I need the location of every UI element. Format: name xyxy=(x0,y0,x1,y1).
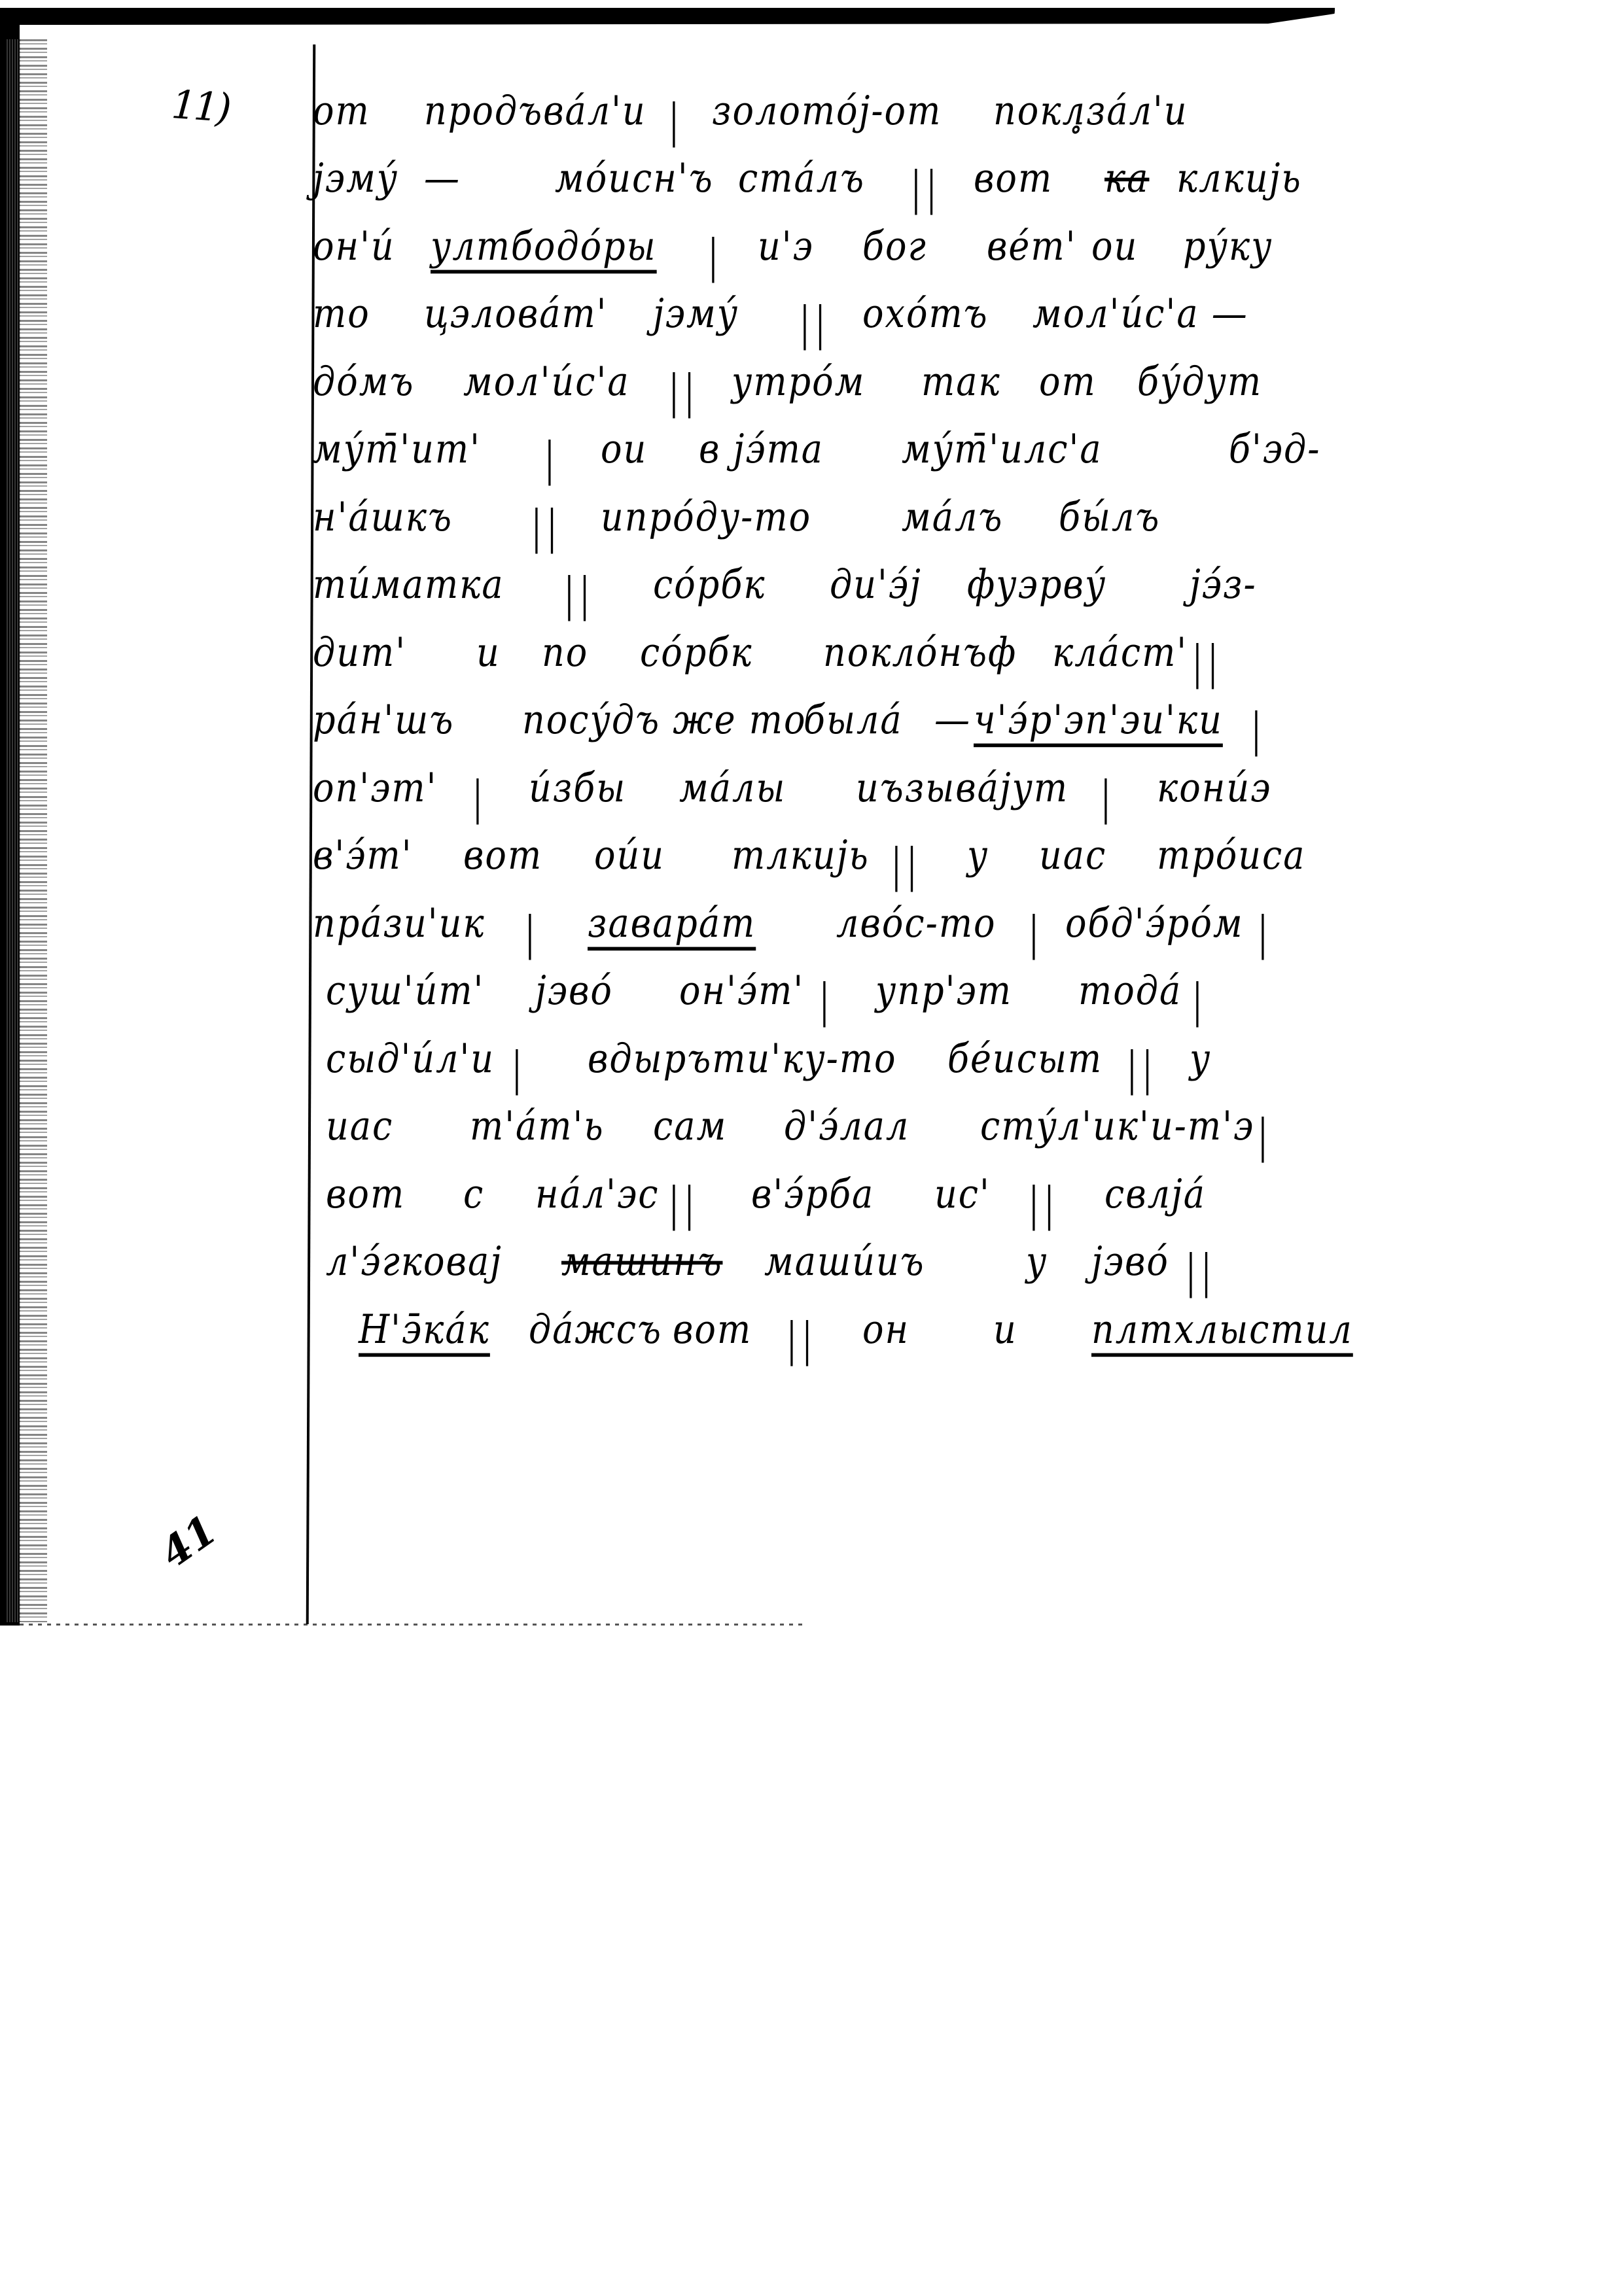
word: му́т̄'илс'а xyxy=(902,430,1103,469)
word: была́ xyxy=(803,701,903,740)
pause-bar-mark: || xyxy=(666,1181,697,1227)
pause-bar-mark: | xyxy=(1098,775,1114,821)
binding-noise-texture xyxy=(20,39,47,1622)
struck-word: машинъ xyxy=(561,1242,722,1281)
text-line: jэму́—мо́исн'ъста́лъ||воткаклкиjь xyxy=(313,140,1333,208)
word: от xyxy=(1039,362,1097,401)
folio-mark: 41 xyxy=(152,1506,226,1577)
word: маши́иъ xyxy=(764,1242,925,1281)
pause-bar-mark: || xyxy=(529,504,559,550)
pause-bar-mark: | xyxy=(509,1046,525,1092)
text-line: л'э́гковаjмашинъмаши́иъуjэво́|| xyxy=(313,1223,1333,1291)
word: тода́ xyxy=(1078,971,1182,1011)
word: у xyxy=(967,836,989,875)
pause-bar-mark: || xyxy=(797,301,828,347)
word: сту́л'ик'и-т'э xyxy=(980,1107,1254,1146)
word: с xyxy=(463,1174,484,1213)
word: — xyxy=(934,701,971,740)
word: ма́лъ xyxy=(902,497,1003,536)
underlined-word: ч'э́р'эп'эи'ки xyxy=(974,701,1223,740)
word: б'эд- xyxy=(1229,430,1321,469)
word: у xyxy=(1026,1242,1048,1281)
word: он xyxy=(862,1310,909,1349)
pause-bar-mark: | xyxy=(522,911,538,956)
word: ои xyxy=(601,430,647,469)
word: и'э xyxy=(758,226,814,266)
word: на́л'эс xyxy=(535,1174,659,1213)
word: му́т̄'ит' xyxy=(313,430,481,469)
word: н'а́шкъ xyxy=(313,497,453,536)
word: д'э́лал xyxy=(784,1107,909,1146)
word: ои xyxy=(1091,226,1138,266)
underlined-word: ултбодо́ры xyxy=(431,226,657,266)
word: иъзыва́jут xyxy=(856,768,1068,807)
word: по xyxy=(542,633,588,672)
page-number: 11) xyxy=(170,82,230,131)
page-bottom-edge xyxy=(20,1624,805,1626)
word: утро́м xyxy=(732,362,865,401)
pause-bar-mark: || xyxy=(1190,640,1220,686)
word: вот xyxy=(463,836,542,875)
pause-bar-mark: | xyxy=(1255,911,1271,956)
pause-bar-mark: || xyxy=(1183,1249,1214,1295)
word: в jэ́та xyxy=(699,430,824,469)
word: в'э́т' xyxy=(313,836,413,875)
word: вот xyxy=(673,1310,752,1349)
word: дит' xyxy=(313,633,406,672)
word: и́збы xyxy=(529,768,626,807)
word: вот xyxy=(974,159,1053,198)
word: до́мъ xyxy=(313,362,415,401)
text-line: му́т̄'ит'|оив jэ́таму́т̄'илс'аб'эд- xyxy=(313,411,1333,479)
word: со́рбк xyxy=(653,565,766,604)
word: т'а́т'ь xyxy=(470,1107,605,1146)
pause-bar-mark: | xyxy=(542,436,557,482)
word: покл̥за́л'и xyxy=(993,91,1188,130)
word: бе́исыт xyxy=(947,1039,1103,1078)
text-line: пра́зи'ик|завара́тлво́с-то|обд'э́ро́м| xyxy=(313,884,1333,952)
text-line: ти́матка||со́рбкди'э́jфуэрву́jэ́з- xyxy=(313,546,1333,614)
pause-bar-mark: || xyxy=(666,369,697,415)
text-line: тоцэлова́т'jэму́||охо́тъмол'и́с'а — xyxy=(313,275,1333,343)
word: лво́с-то xyxy=(836,903,997,943)
word: ве́т' xyxy=(987,226,1076,266)
underlined-word: завара́т xyxy=(588,903,756,943)
pause-bar-mark: | xyxy=(1255,1113,1271,1159)
word: мо́исн'ъ xyxy=(555,159,714,198)
pause-bar-mark: | xyxy=(1248,707,1264,753)
pause-bar-mark: | xyxy=(705,234,721,279)
word: ста́лъ xyxy=(738,159,865,198)
word: мол'и́с'а xyxy=(463,362,630,401)
word: он'э́т' xyxy=(679,971,804,1011)
text-line: в'э́т'вотои́итлкиjь||уиастро́иса xyxy=(313,817,1333,885)
struck-word: ка xyxy=(1104,159,1149,198)
word: ди'э́j xyxy=(830,565,922,604)
word: jэму́ xyxy=(313,159,398,198)
word: обд'э́ро́м xyxy=(1065,903,1244,943)
word: кла́ст' xyxy=(1052,633,1188,672)
word: сам xyxy=(653,1107,727,1146)
text-line: ра́н'шъпосу́дъ же тобыла́—ч'э́р'эп'эи'ки… xyxy=(313,682,1333,750)
word: да́жсъ xyxy=(529,1310,662,1349)
word: он'и́ xyxy=(313,226,395,266)
word: от xyxy=(313,91,370,130)
word: то xyxy=(313,294,370,334)
pause-bar-mark: | xyxy=(1026,911,1042,956)
word: ма́лы xyxy=(679,768,786,807)
text-line: суш'и́т'jэво́он'э́т'|упр'эттода́| xyxy=(313,952,1333,1020)
pause-bar-mark: || xyxy=(908,165,939,211)
word: упр'эт xyxy=(875,971,1012,1011)
word: jэму́ xyxy=(653,294,739,334)
word: и xyxy=(993,1310,1017,1349)
text-line: н'а́шкъ||ипро́ду-тома́лъбы́лъ xyxy=(313,478,1333,546)
pause-bar-mark: || xyxy=(1124,1046,1155,1092)
word: со́рбк xyxy=(640,633,753,672)
scanned-page: 11) 41 отпродъва́л'и|золото́j-отпокл̥за́… xyxy=(0,0,1335,1626)
text-line: иаст'а́т'ьсамд'э́лалсту́л'ик'и-т'э| xyxy=(313,1088,1333,1156)
word: оп'эт' xyxy=(313,768,437,807)
word: jэво́ xyxy=(1091,1242,1169,1281)
text-line: Н'э̄ка́кда́жсъвот||ониплтхлыстил xyxy=(313,1291,1333,1359)
pause-bar-mark: | xyxy=(817,978,832,1024)
page-top-edge-fade xyxy=(0,0,1335,8)
word: тлкиjь xyxy=(732,836,870,875)
word: ти́матка xyxy=(313,565,504,604)
word: и xyxy=(476,633,501,672)
pause-bar-mark: | xyxy=(1190,978,1205,1024)
word: мол'и́с'а — xyxy=(1033,294,1248,334)
text-line: вотсна́л'эс||в'э́рбаис'||свлjа́ xyxy=(313,1155,1333,1223)
pause-bar-mark: || xyxy=(784,1317,815,1363)
word: jэво́ xyxy=(535,971,613,1011)
word: вот xyxy=(326,1174,405,1213)
word: кони́э xyxy=(1157,768,1271,807)
word: бу́дут xyxy=(1137,362,1262,401)
text-line: он'и́ултбодо́ры|и'эбогве́т'оиру́ку xyxy=(313,207,1333,275)
word: цэлова́т' xyxy=(424,294,608,334)
word: л'э́гковаj xyxy=(326,1242,503,1281)
word: бог xyxy=(862,226,927,266)
word: ра́н'шъ xyxy=(313,701,454,740)
word: фуэрву́ xyxy=(967,565,1106,604)
word: в'э́рба xyxy=(751,1174,874,1213)
pause-bar-mark: || xyxy=(1026,1181,1057,1227)
word: тро́иса xyxy=(1157,836,1306,875)
text-line: до́мъмол'и́с'а||утро́мтакотбу́дут xyxy=(313,343,1333,411)
text-line: оп'эт'|и́збыма́лыиъзыва́jут|кони́э xyxy=(313,749,1333,817)
pause-bar-mark: || xyxy=(889,843,919,888)
word: свлjа́ xyxy=(1104,1174,1206,1213)
word: иас xyxy=(326,1107,393,1146)
word: посу́дъ же то xyxy=(522,701,806,740)
word: бы́лъ xyxy=(1059,497,1160,536)
word: ои́и xyxy=(594,836,665,875)
handwritten-text-block: отпродъва́л'и|золото́j-отпокл̥за́л'иjэму… xyxy=(313,72,1333,1359)
word: jэ́з- xyxy=(1190,565,1257,604)
word: ру́ку xyxy=(1183,226,1273,266)
pause-bar-mark: || xyxy=(561,572,592,617)
pause-bar-mark: | xyxy=(666,98,682,144)
word: так xyxy=(921,362,1001,401)
text-line: сыд'и́л'и|вдыръти'ку-тобе́исыт||у xyxy=(313,1020,1333,1088)
word: охо́тъ xyxy=(862,294,989,334)
word: иас xyxy=(1039,836,1106,875)
word: ипро́ду-то xyxy=(601,497,811,536)
word: продъва́л'и xyxy=(424,91,646,130)
underlined-word: плтхлыстил xyxy=(1091,1310,1353,1349)
word: клкиjь xyxy=(1176,159,1302,198)
word: — xyxy=(424,159,461,198)
word: вдыръти'ку-то xyxy=(588,1039,897,1078)
pause-bar-mark: | xyxy=(470,775,486,821)
word: золото́j-от xyxy=(712,91,942,130)
text-line: отпродъва́л'и|золото́j-отпокл̥за́л'и xyxy=(313,72,1333,140)
word: ис' xyxy=(934,1174,991,1213)
text-line: дит'ипосо́рбкпокло́нъфкла́ст'|| xyxy=(313,614,1333,682)
binding-noise xyxy=(5,39,21,1622)
underlined-word: Н'э̄ка́к xyxy=(359,1310,490,1349)
word: покло́нъф xyxy=(823,633,1017,672)
word: у xyxy=(1190,1039,1211,1078)
word: пра́зи'ик xyxy=(313,903,486,943)
word: суш'и́т' xyxy=(326,971,484,1011)
word: сыд'и́л'и xyxy=(326,1039,495,1078)
